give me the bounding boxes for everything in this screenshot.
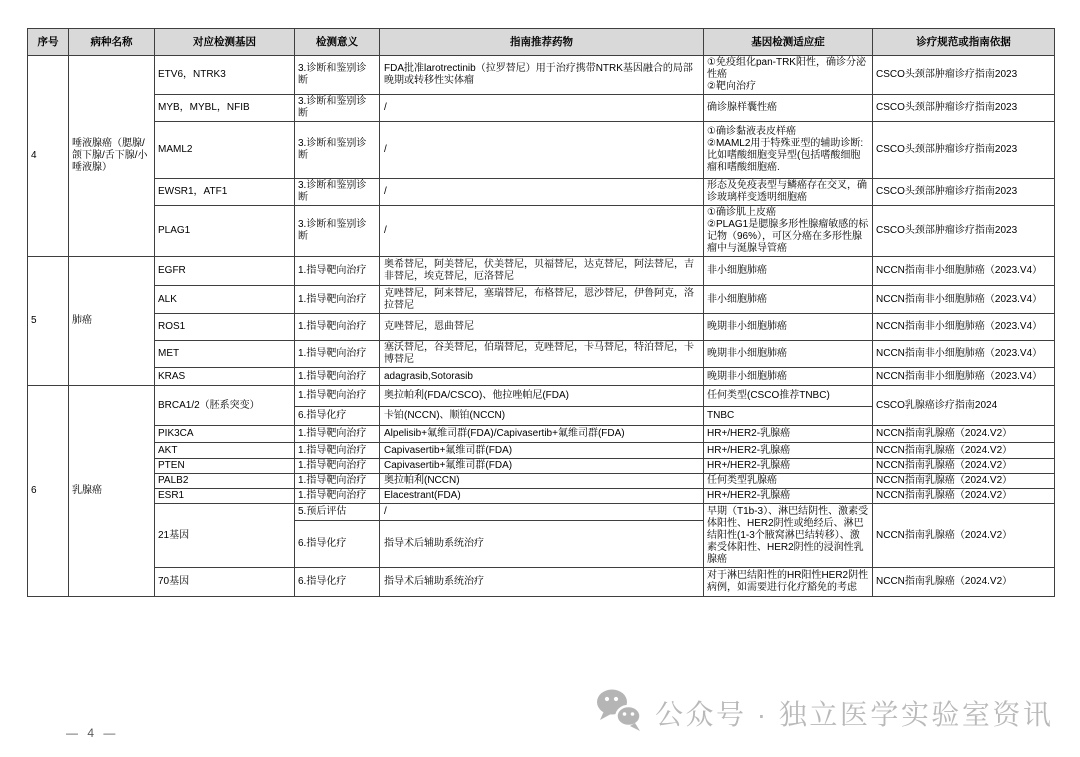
cell-gene: PALB2 <box>155 474 295 489</box>
table-row: ESR11.指导靶向治疗Elacestrant(FDA)HR+/HER2-乳腺癌… <box>28 489 1055 504</box>
column-header-0: 序号 <box>28 29 69 56</box>
cell-indication: 确诊腺样囊性癌 <box>704 95 873 122</box>
table-row: KRAS1.指导靶向治疗adagrasib,Sotorasib晚期非小细胞肺癌N… <box>28 368 1055 386</box>
cell-guideline: CSCO乳腺癌诊疗指南2024 <box>873 386 1055 426</box>
cell-drugs: Alpelisib+氟维司群(FDA)/Capivasertib+氟维司群(FD… <box>380 426 704 443</box>
table-row: 5肺癌EGFR1.指导靶向治疗奥希替尼，阿美替尼，伏美替尼，贝福替尼，达克替尼，… <box>28 257 1055 286</box>
cell-drugs: / <box>380 206 704 257</box>
table-row: 21基因5.预后评估/早期（T1b-3）、淋巴结阴性、激素受体阳性、HER2阴性… <box>28 504 1055 521</box>
cell-meaning: 1.指导靶向治疗 <box>295 286 380 314</box>
cell-meaning: 3.诊断和鉴别诊断 <box>295 206 380 257</box>
cell-gene: ETV6，NTRK3 <box>155 56 295 95</box>
table-row: AKT1.指导靶向治疗Capivasertib+氟维司群(FDA)HR+/HER… <box>28 443 1055 459</box>
cell-indication: HR+/HER2-乳腺癌 <box>704 443 873 459</box>
wechat-icon <box>595 688 643 737</box>
page-number: — 4 — <box>66 726 118 740</box>
cell-indication: 晚期非小细胞肺癌 <box>704 314 873 341</box>
cell-serial: 4 <box>28 56 69 257</box>
cell-drugs: Elacestrant(FDA) <box>380 489 704 504</box>
cell-gene: EWSR1，ATF1 <box>155 179 295 206</box>
table-body: 4唾液腺癌（腮腺/颌下腺/舌下腺/小唾液腺）ETV6，NTRK33.诊断和鉴别诊… <box>28 56 1055 597</box>
cell-gene: PLAG1 <box>155 206 295 257</box>
cell-meaning: 1.指导靶向治疗 <box>295 489 380 504</box>
cell-meaning: 1.指导靶向治疗 <box>295 314 380 341</box>
cell-meaning: 6.指导化疗 <box>295 521 380 568</box>
cell-drugs: 指导术后辅助系统治疗 <box>380 568 704 597</box>
cell-guideline: NCCN指南非小细胞肺癌（2023.V4） <box>873 286 1055 314</box>
cell-guideline: CSCO头颈部肿瘤诊疗指南2023 <box>873 95 1055 122</box>
column-header-1: 病种名称 <box>69 29 155 56</box>
cell-guideline: CSCO头颈部肿瘤诊疗指南2023 <box>873 206 1055 257</box>
table-row: MYB，MYBL，NFIB3.诊断和鉴别诊断/确诊腺样囊性癌CSCO头颈部肿瘤诊… <box>28 95 1055 122</box>
cell-guideline: NCCN指南非小细胞肺癌（2023.V4） <box>873 368 1055 386</box>
cell-gene: ROS1 <box>155 314 295 341</box>
cell-drugs: 指导术后辅助系统治疗 <box>380 521 704 568</box>
cell-indication: ①免疫组化pan-TRK阳性，确诊分泌性癌 ②靶向治疗 <box>704 56 873 95</box>
table-row: EWSR1，ATF13.诊断和鉴别诊断/形态及免疫表型与鳞癌存在交叉，确诊玻璃样… <box>28 179 1055 206</box>
cell-drugs: 卡铂(NCCN)、顺铂(NCCN) <box>380 407 704 426</box>
table-row: PLAG13.诊断和鉴别诊断/①确诊肌上皮癌 ②PLAG1是腮腺多形性腺瘤敏感的… <box>28 206 1055 257</box>
table-row: MET1.指导靶向治疗塞沃替尼，谷美替尼，伯瑞替尼，克唑替尼，卡马替尼，特泊替尼… <box>28 341 1055 368</box>
cell-guideline: NCCN指南乳腺癌（2024.V2） <box>873 504 1055 568</box>
cell-guideline: CSCO头颈部肿瘤诊疗指南2023 <box>873 56 1055 95</box>
cell-gene: PIK3CA <box>155 426 295 443</box>
cell-indication: TNBC <box>704 407 873 426</box>
cell-meaning: 1.指导靶向治疗 <box>295 341 380 368</box>
watermark: 公众号 · 独立医学实验室资讯 <box>595 688 1053 737</box>
cell-drugs: / <box>380 504 704 521</box>
watermark-text: 公众号 · 独立医学实验室资讯 <box>655 693 1053 733</box>
cell-gene: MYB，MYBL，NFIB <box>155 95 295 122</box>
table-header: 序号病种名称对应检测基因检测意义指南推荐药物基因检测适应症诊疗规范或指南依据 <box>28 29 1055 56</box>
table-row: PALB21.指导靶向治疗奥拉帕利(NCCN)任何类型乳腺癌NCCN指南乳腺癌（… <box>28 474 1055 489</box>
cell-disease: 肺癌 <box>69 257 155 386</box>
cell-indication: ①确诊黏液表皮样癌 ②MAML2用于特殊亚型的辅助诊断:比如嗜酸细胞变异型(包括… <box>704 122 873 179</box>
cell-guideline: NCCN指南乳腺癌（2024.V2） <box>873 426 1055 443</box>
cell-guideline: NCCN指南非小细胞肺癌（2023.V4） <box>873 314 1055 341</box>
cell-drugs: / <box>380 95 704 122</box>
cell-indication: 形态及免疫表型与鳞癌存在交叉，确诊玻璃样变透明细胞癌 <box>704 179 873 206</box>
cell-indication: ①确诊肌上皮癌 ②PLAG1是腮腺多形性腺瘤敏感的标记物（96%），可区分癌在多… <box>704 206 873 257</box>
cell-drugs: 塞沃替尼，谷美替尼，伯瑞替尼，克唑替尼，卡马替尼，特泊替尼，卡博替尼 <box>380 341 704 368</box>
cell-meaning: 1.指导靶向治疗 <box>295 426 380 443</box>
cell-indication: 非小细胞肺癌 <box>704 257 873 286</box>
column-header-2: 对应检测基因 <box>155 29 295 56</box>
cell-meaning: 1.指导靶向治疗 <box>295 443 380 459</box>
cell-guideline: NCCN指南非小细胞肺癌（2023.V4） <box>873 257 1055 286</box>
table-row: 70基因6.指导化疗指导术后辅助系统治疗对于淋巴结阳性的HR阳性HER2阴性病例… <box>28 568 1055 597</box>
cell-indication: 任何类型(CSCO推荐TNBC) <box>704 386 873 407</box>
cell-guideline: CSCO头颈部肿瘤诊疗指南2023 <box>873 122 1055 179</box>
table-row: MAML23.诊断和鉴别诊断/①确诊黏液表皮样癌 ②MAML2用于特殊亚型的辅助… <box>28 122 1055 179</box>
cell-indication: HR+/HER2-乳腺癌 <box>704 489 873 504</box>
column-header-3: 检测意义 <box>295 29 380 56</box>
cell-gene: MAML2 <box>155 122 295 179</box>
cell-indication: HR+/HER2-乳腺癌 <box>704 426 873 443</box>
cell-drugs: adagrasib,Sotorasib <box>380 368 704 386</box>
table-row: 4唾液腺癌（腮腺/颌下腺/舌下腺/小唾液腺）ETV6，NTRK33.诊断和鉴别诊… <box>28 56 1055 95</box>
cell-guideline: NCCN指南乳腺癌（2024.V2） <box>873 568 1055 597</box>
cell-drugs: FDA批准larotrectinib（拉罗替尼）用于治疗携带NTRK基因融合的局… <box>380 56 704 95</box>
cell-drugs: 克唑替尼，恩曲替尼 <box>380 314 704 341</box>
cell-guideline: NCCN指南乳腺癌（2024.V2） <box>873 459 1055 474</box>
cell-drugs: / <box>380 122 704 179</box>
cell-gene: ESR1 <box>155 489 295 504</box>
cell-meaning: 1.指导靶向治疗 <box>295 386 380 407</box>
cell-meaning: 1.指导靶向治疗 <box>295 474 380 489</box>
cell-serial: 5 <box>28 257 69 386</box>
cell-indication: HR+/HER2-乳腺癌 <box>704 459 873 474</box>
cell-drugs: 奥拉帕利(FDA/CSCO)、他拉唑帕尼(FDA) <box>380 386 704 407</box>
cell-guideline: NCCN指南乳腺癌（2024.V2） <box>873 489 1055 504</box>
cell-meaning: 6.指导化疗 <box>295 568 380 597</box>
table-row: PIK3CA1.指导靶向治疗Alpelisib+氟维司群(FDA)/Capiva… <box>28 426 1055 443</box>
cell-meaning: 6.指导化疗 <box>295 407 380 426</box>
cell-indication: 晚期非小细胞肺癌 <box>704 368 873 386</box>
cell-gene: 21基因 <box>155 504 295 568</box>
cell-drugs: 奥希替尼，阿美替尼，伏美替尼，贝福替尼，达克替尼，阿法替尼，吉非替尼，埃克替尼，… <box>380 257 704 286</box>
table-row: 6乳腺癌BRCA1/2（胚系突变）1.指导靶向治疗奥拉帕利(FDA/CSCO)、… <box>28 386 1055 407</box>
cell-disease: 唾液腺癌（腮腺/颌下腺/舌下腺/小唾液腺） <box>69 56 155 257</box>
table-row: ALK1.指导靶向治疗克唑替尼，阿来替尼，塞瑞替尼，布格替尼，恩沙替尼，伊鲁阿克… <box>28 286 1055 314</box>
cell-gene: EGFR <box>155 257 295 286</box>
cell-drugs: 奥拉帕利(NCCN) <box>380 474 704 489</box>
cell-gene: BRCA1/2（胚系突变） <box>155 386 295 426</box>
cell-indication: 早期（T1b-3）、淋巴结阴性、激素受体阳性、HER2阴性或绝经后、淋巴结阳性(… <box>704 504 873 568</box>
cell-drugs: Capivasertib+氟维司群(FDA) <box>380 459 704 474</box>
cell-serial: 6 <box>28 386 69 597</box>
table-row: PTEN1.指导靶向治疗Capivasertib+氟维司群(FDA)HR+/HE… <box>28 459 1055 474</box>
cell-indication: 晚期非小细胞肺癌 <box>704 341 873 368</box>
cell-indication: 任何类型乳腺癌 <box>704 474 873 489</box>
cell-meaning: 3.诊断和鉴别诊断 <box>295 95 380 122</box>
cell-meaning: 3.诊断和鉴别诊断 <box>295 122 380 179</box>
cell-meaning: 3.诊断和鉴别诊断 <box>295 56 380 95</box>
cell-guideline: CSCO头颈部肿瘤诊疗指南2023 <box>873 179 1055 206</box>
cell-indication: 非小细胞肺癌 <box>704 286 873 314</box>
cell-gene: AKT <box>155 443 295 459</box>
cell-gene: ALK <box>155 286 295 314</box>
column-header-5: 基因检测适应症 <box>704 29 873 56</box>
cell-meaning: 3.诊断和鉴别诊断 <box>295 179 380 206</box>
cell-meaning: 1.指导靶向治疗 <box>295 459 380 474</box>
cell-guideline: NCCN指南乳腺癌（2024.V2） <box>873 474 1055 489</box>
cell-meaning: 1.指导靶向治疗 <box>295 368 380 386</box>
cell-guideline: NCCN指南非小细胞肺癌（2023.V4） <box>873 341 1055 368</box>
cell-guideline: NCCN指南乳腺癌（2024.V2） <box>873 443 1055 459</box>
cell-meaning: 1.指导靶向治疗 <box>295 257 380 286</box>
table-row: ROS11.指导靶向治疗克唑替尼，恩曲替尼晚期非小细胞肺癌NCCN指南非小细胞肺… <box>28 314 1055 341</box>
cell-drugs: 克唑替尼，阿来替尼，塞瑞替尼，布格替尼，恩沙替尼，伊鲁阿克，洛拉替尼 <box>380 286 704 314</box>
cell-meaning: 5.预后评估 <box>295 504 380 521</box>
cell-gene: KRAS <box>155 368 295 386</box>
cell-gene: 70基因 <box>155 568 295 597</box>
cell-drugs: Capivasertib+氟维司群(FDA) <box>380 443 704 459</box>
cell-indication: 对于淋巴结阳性的HR阳性HER2阴性病例，如需要进行化疗豁免的考虑 <box>704 568 873 597</box>
header-row: 序号病种名称对应检测基因检测意义指南推荐药物基因检测适应症诊疗规范或指南依据 <box>28 29 1055 56</box>
column-header-6: 诊疗规范或指南依据 <box>873 29 1055 56</box>
gene-test-table: 序号病种名称对应检测基因检测意义指南推荐药物基因检测适应症诊疗规范或指南依据 4… <box>27 28 1055 597</box>
cell-gene: MET <box>155 341 295 368</box>
cell-disease: 乳腺癌 <box>69 386 155 597</box>
cell-gene: PTEN <box>155 459 295 474</box>
column-header-4: 指南推荐药物 <box>380 29 704 56</box>
cell-drugs: / <box>380 179 704 206</box>
